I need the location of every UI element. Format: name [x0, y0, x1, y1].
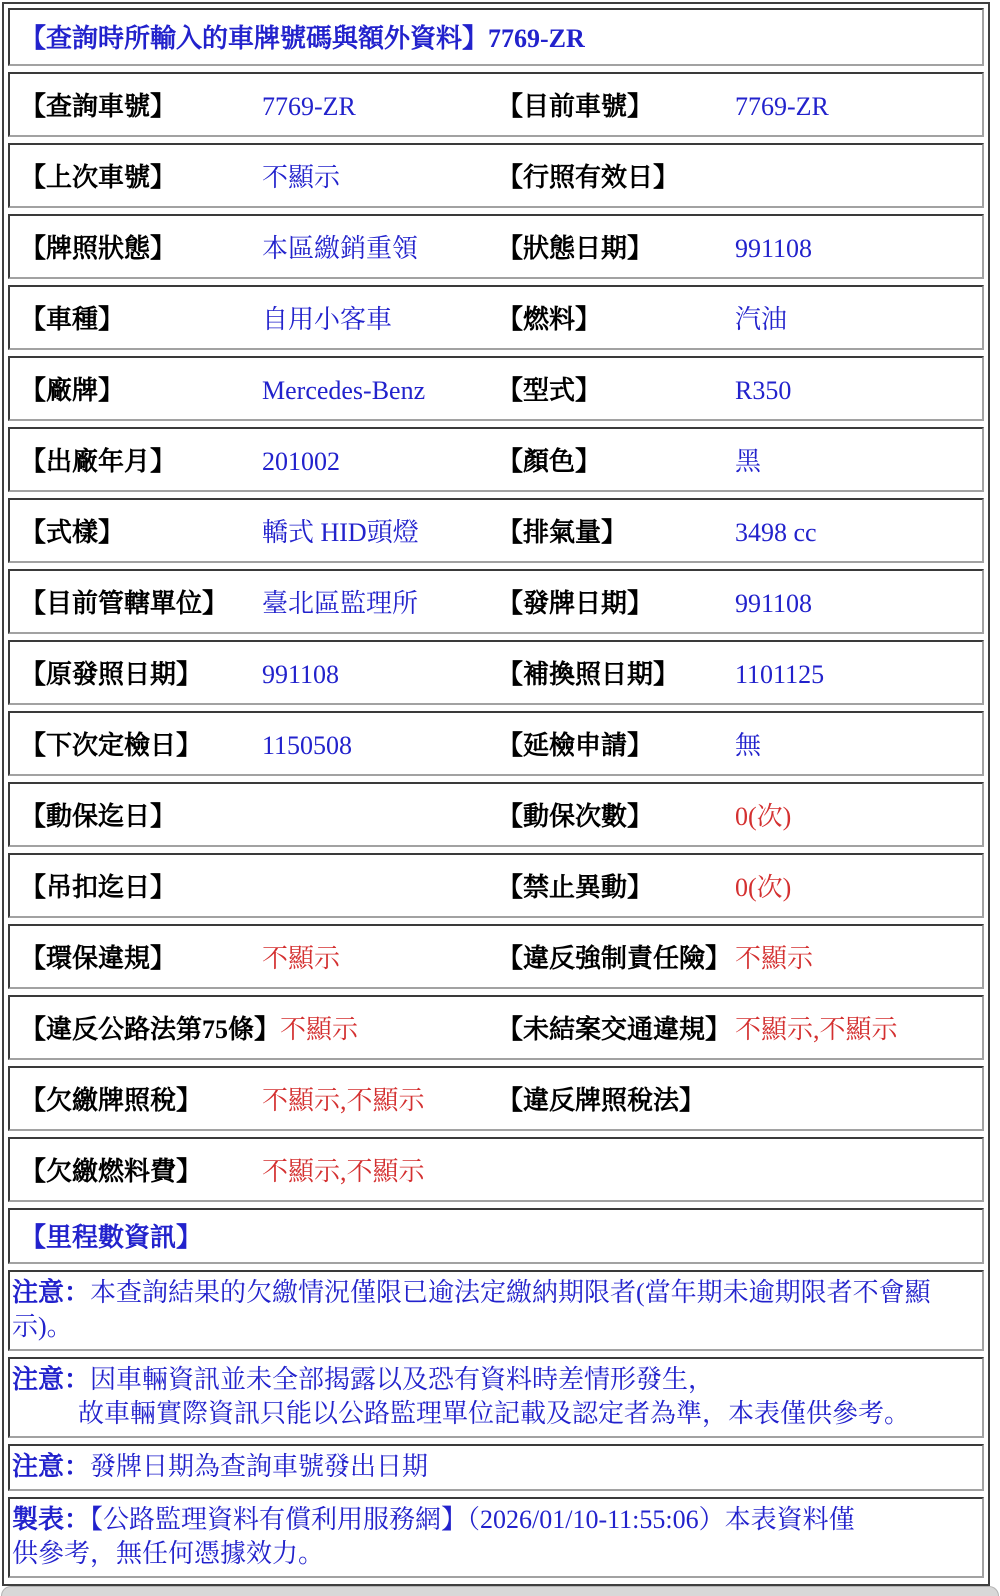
data-row: 【欠繳燃料費】不顯示,不顯示: [8, 1137, 984, 1202]
field-label: 【環保違規】: [20, 938, 262, 975]
field-value: 不顯示,不顯示: [262, 1151, 425, 1188]
field-label: 【違反牌照稅法】: [497, 1080, 735, 1117]
field-label: 【廠牌】: [20, 370, 262, 407]
field-label: 【目前車號】: [497, 86, 735, 123]
mileage-section-row: 【里程數資訊】: [8, 1208, 984, 1264]
field-label: 【吊扣迄日】: [20, 867, 262, 904]
note-row: 注意：本查詢結果的欠繳情況僅限已逾法定繳納期限者(當年期未逾期限者不會顯示)。: [8, 1270, 984, 1351]
field-pair: 【未結案交通違規】不顯示,不顯示: [497, 1009, 974, 1046]
field-label: 【上次車號】: [20, 157, 262, 194]
title-row: 【查詢時所輸入的車牌號碼與額外資料】7769-ZR: [8, 8, 984, 66]
field-label: 【式樣】: [20, 512, 262, 549]
field-value: 不顯示,不顯示: [262, 1080, 425, 1117]
field-pair: 【原發照日期】991108: [20, 654, 497, 691]
field-value: 201002: [262, 447, 340, 477]
field-value: 7769-ZR: [262, 92, 356, 122]
data-row: 【式樣】轎式 HID頭燈【排氣量】3498 cc: [8, 498, 984, 563]
note-prefix: 注意：: [12, 1452, 90, 1481]
field-value: 3498 cc: [735, 518, 817, 548]
data-row: 【上次車號】不顯示【行照有效日】: [8, 143, 984, 208]
field-pair: 【動保次數】0(次): [497, 796, 974, 833]
title-plate-number: 7769-ZR: [488, 24, 585, 53]
field-pair: 【違反公路法第75條】不顯示: [20, 1009, 497, 1046]
footer-line: 製表：【公路監理資料有償利用服務網】（2026/01/10-11:55:06）本…: [12, 1503, 974, 1537]
data-row: 【違反公路法第75條】不顯示【未結案交通違規】不顯示,不顯示: [8, 995, 984, 1060]
note-line: 故車輛實際資訊只能以公路監理單位記載及認定者為準，本表僅供參考。: [12, 1397, 974, 1431]
field-label: 【車種】: [20, 299, 262, 336]
field-pair: 【式樣】轎式 HID頭燈: [20, 512, 497, 549]
field-pair: 【車種】自用小客車: [20, 299, 497, 336]
data-row: 【目前管轄單位】臺北區監理所【發牌日期】991108: [8, 569, 984, 634]
field-label: 【禁止異動】: [497, 867, 735, 904]
field-value: 自用小客車: [262, 299, 392, 336]
field-value: 本區繳銷重領: [262, 228, 418, 265]
data-row: 【吊扣迄日】【禁止異動】0(次): [8, 853, 984, 918]
field-label: 【動保迄日】: [20, 796, 262, 833]
field-label: 【排氣量】: [497, 512, 735, 549]
field-pair: 【欠繳燃料費】不顯示,不顯示: [20, 1151, 497, 1188]
footer-row: 製表：【公路監理資料有償利用服務網】（2026/01/10-11:55:06）本…: [8, 1497, 984, 1578]
data-row: 【查詢車號】7769-ZR【目前車號】7769-ZR: [8, 72, 984, 137]
field-value: 不顯示: [262, 157, 340, 194]
field-value: 0(次): [735, 796, 791, 833]
field-pair: 【動保迄日】: [20, 796, 497, 833]
field-value: 不顯示,不顯示: [735, 1009, 898, 1046]
field-pair: 【違反強制責任險】不顯示: [497, 938, 974, 975]
note-text: 本查詢結果的欠繳情況僅限已逾法定繳納期限者(當年期未逾期限者不會顯: [90, 1278, 931, 1307]
field-pair: 【發牌日期】991108: [497, 583, 974, 620]
note-line: 注意：因車輛資訊並未全部揭露以及恐有資料時差情形發生，: [12, 1363, 974, 1397]
field-pair: 【環保違規】不顯示: [20, 938, 497, 975]
note-line: 注意：發牌日期為查詢車號發出日期: [12, 1450, 974, 1484]
field-pair: 【排氣量】3498 cc: [497, 512, 974, 549]
title-label: 【查詢時所輸入的車牌號碼與額外資料】: [20, 24, 488, 53]
field-value: 991108: [735, 234, 812, 264]
field-value: 轎式 HID頭燈: [262, 512, 419, 549]
field-label: 【行照有效日】: [497, 157, 735, 194]
field-pair: 【補換照日期】1101125: [497, 654, 974, 691]
note-prefix: 注意：: [12, 1365, 90, 1394]
page-bottom-bar: [1, 1586, 999, 1596]
note-line: 示)。: [12, 1310, 974, 1344]
field-pair: 【廠牌】Mercedes-Benz: [20, 370, 497, 407]
field-label: 【欠繳燃料費】: [20, 1151, 262, 1188]
field-value: 黑: [735, 441, 761, 478]
field-label: 【發牌日期】: [497, 583, 735, 620]
field-value: 0(次): [735, 867, 791, 904]
field-value: 991108: [735, 589, 812, 619]
field-label: 【牌照狀態】: [20, 228, 262, 265]
field-pair: 【目前管轄單位】臺北區監理所: [20, 583, 497, 620]
note-text: 發牌日期為查詢車號發出日期: [90, 1452, 428, 1481]
field-pair: 【延檢申請】無: [497, 725, 974, 762]
field-label: 【延檢申請】: [497, 725, 735, 762]
field-value: R350: [735, 376, 791, 406]
field-label: 【目前管轄單位】: [20, 583, 262, 620]
field-value: 不顯示: [262, 938, 340, 975]
field-label: 【燃料】: [497, 299, 735, 336]
data-row: 【廠牌】Mercedes-Benz【型式】R350: [8, 356, 984, 421]
field-label: 【動保次數】: [497, 796, 735, 833]
field-pair: 【查詢車號】7769-ZR: [20, 86, 497, 123]
data-row: 【環保違規】不顯示【違反強制責任險】不顯示: [8, 924, 984, 989]
field-pair: 【禁止異動】0(次): [497, 867, 974, 904]
field-label: 【違反公路法第75條】: [20, 1009, 280, 1046]
note-row: 注意：因車輛資訊並未全部揭露以及恐有資料時差情形發生，故車輛實際資訊只能以公路監…: [8, 1357, 984, 1438]
field-label: 【查詢車號】: [20, 86, 262, 123]
field-label: 【補換照日期】: [497, 654, 735, 691]
field-value: 991108: [262, 660, 339, 690]
footer-line: 供參考，無任何憑據效力。: [12, 1537, 974, 1571]
field-pair: 【型式】R350: [497, 370, 974, 407]
field-pair: 【下次定檢日】1150508: [20, 725, 497, 762]
field-pair: 【違反牌照稅法】: [497, 1080, 974, 1117]
field-value: 1101125: [735, 660, 824, 690]
field-label: 【下次定檢日】: [20, 725, 262, 762]
mileage-section-label: 【里程數資訊】: [20, 1223, 202, 1252]
field-value: 7769-ZR: [735, 92, 829, 122]
field-pair: 【欠繳牌照稅】不顯示,不顯示: [20, 1080, 497, 1117]
data-row: 【出廠年月】201002【顏色】黑: [8, 427, 984, 492]
field-value: 1150508: [262, 731, 352, 761]
vehicle-report-table: 【查詢時所輸入的車牌號碼與額外資料】7769-ZR 【查詢車號】7769-ZR【…: [2, 2, 990, 1586]
data-rows-container: 【查詢車號】7769-ZR【目前車號】7769-ZR【上次車號】不顯示【行照有效…: [8, 72, 984, 1202]
field-label: 【原發照日期】: [20, 654, 262, 691]
field-pair: 【牌照狀態】本區繳銷重領: [20, 228, 497, 265]
field-pair: 【狀態日期】991108: [497, 228, 974, 265]
field-label: 【未結案交通違規】: [497, 1009, 735, 1046]
field-value: Mercedes-Benz: [262, 376, 425, 406]
note-line: 注意：本查詢結果的欠繳情況僅限已逾法定繳納期限者(當年期未逾期限者不會顯: [12, 1276, 974, 1310]
data-row: 【牌照狀態】本區繳銷重領【狀態日期】991108: [8, 214, 984, 279]
note-row: 注意：發牌日期為查詢車號發出日期: [8, 1444, 984, 1491]
field-value: 不顯示: [735, 938, 813, 975]
field-label: 【顏色】: [497, 441, 735, 478]
field-label: 【型式】: [497, 370, 735, 407]
field-value: 臺北區監理所: [262, 583, 418, 620]
field-label: 【違反強制責任險】: [497, 938, 735, 975]
field-label: 【欠繳牌照稅】: [20, 1080, 262, 1117]
data-row: 【下次定檢日】1150508【延檢申請】無: [8, 711, 984, 776]
field-pair: 【行照有效日】: [497, 157, 974, 194]
field-pair: 【燃料】汽油: [497, 299, 974, 336]
field-pair: 【吊扣迄日】: [20, 867, 497, 904]
field-pair: 【顏色】黑: [497, 441, 974, 478]
data-row: 【欠繳牌照稅】不顯示,不顯示【違反牌照稅法】: [8, 1066, 984, 1131]
data-row: 【車種】自用小客車【燃料】汽油: [8, 285, 984, 350]
footer-text: 【公路監理資料有償利用服務網】（2026/01/10-11:55:06）本表資料…: [90, 1505, 855, 1534]
field-pair: 【上次車號】不顯示: [20, 157, 497, 194]
field-value: 不顯示: [280, 1009, 358, 1046]
note-rows-container: 注意：本查詢結果的欠繳情況僅限已逾法定繳納期限者(當年期未逾期限者不會顯示)。注…: [8, 1270, 984, 1491]
field-label: 【出廠年月】: [20, 441, 262, 478]
footer-prefix: 製表：: [12, 1505, 90, 1534]
field-label: 【狀態日期】: [497, 228, 735, 265]
field-value: 汽油: [735, 299, 787, 336]
note-text: 因車輛資訊並未全部揭露以及恐有資料時差情形發生，: [90, 1365, 714, 1394]
field-value: 無: [735, 725, 761, 762]
note-prefix: 注意：: [12, 1278, 90, 1307]
data-row: 【動保迄日】【動保次數】0(次): [8, 782, 984, 847]
data-row: 【原發照日期】991108【補換照日期】1101125: [8, 640, 984, 705]
field-pair: 【出廠年月】201002: [20, 441, 497, 478]
field-pair: 【目前車號】7769-ZR: [497, 86, 974, 123]
